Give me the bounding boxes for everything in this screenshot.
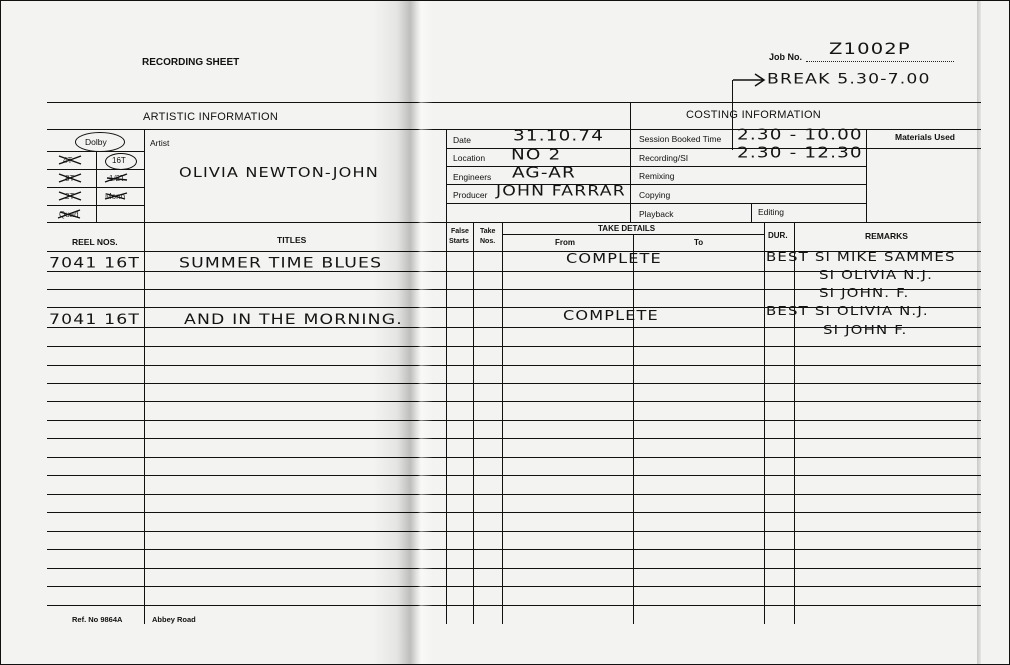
reel-nos-header: REEL NOS.: [72, 237, 118, 247]
row-3-remarks[interactable]: SI JOHN. F.: [819, 286, 909, 300]
row-4-remarks[interactable]: BEST SI OLIVIA N.J.: [766, 304, 929, 318]
column-divider: [144, 222, 145, 624]
playback-label: Playback: [639, 209, 674, 219]
artist-value[interactable]: OLIVIA NEWTON-JOHN: [179, 165, 379, 180]
false-starts-header-1: False: [451, 228, 469, 235]
take-nos-header-2: Nos.: [480, 238, 495, 245]
session-booked-time-value[interactable]: 2.30 - 10.00: [737, 125, 863, 143]
job-no-dotted-line: [806, 61, 954, 62]
recording-sheet: RECORDING SHEET Job No. Z1002P BREAK 5.3…: [0, 0, 1010, 665]
table-row-line: [47, 605, 981, 606]
take-nos-header-1: Take: [480, 228, 495, 235]
row-1-reel[interactable]: 7041 16T: [49, 254, 140, 271]
table-row-line: [47, 568, 981, 569]
table-row-line: [47, 586, 981, 587]
materials-used-label: Materials Used: [895, 132, 955, 142]
dur-header: DUR.: [768, 231, 788, 240]
table-row-line: [47, 475, 981, 476]
date-value[interactable]: 31.10.74: [513, 126, 604, 144]
job-no-value[interactable]: Z1002P: [829, 40, 911, 59]
table-row-line: [47, 494, 981, 495]
table-row-line: [47, 549, 981, 550]
column-divider: [502, 222, 503, 624]
materials-divider: [866, 129, 867, 222]
engineers-value[interactable]: AG-AR: [512, 163, 576, 181]
producer-value[interactable]: JOHN FARRAR: [496, 182, 626, 199]
table-row-line: [47, 512, 981, 513]
form-line: [751, 203, 752, 222]
dolby-option[interactable]: Dolby: [85, 137, 107, 147]
cross-out-icon: [57, 190, 83, 202]
cross-out-icon: [103, 190, 129, 202]
column-divider: [473, 222, 474, 624]
recording-si-value[interactable]: 2.30 - 12.30: [737, 143, 863, 161]
table-row-line: [47, 401, 981, 402]
artist-label: Artist: [150, 138, 169, 148]
row-4-from[interactable]: COMPLETE: [563, 308, 659, 323]
column-divider: [794, 222, 795, 624]
table-row-line: [47, 365, 981, 366]
ref-no: Ref. No 9864A: [72, 615, 122, 624]
table-row-line: [47, 457, 981, 458]
form-line: [446, 166, 866, 167]
sheet-title: RECORDING SHEET: [142, 57, 239, 68]
page-edge: [977, 1, 981, 664]
table-row-line: [47, 420, 981, 421]
cross-out-icon: [57, 154, 83, 166]
location-label: Location: [453, 153, 485, 163]
editing-label: Editing: [758, 207, 784, 217]
arrow-icon: [733, 73, 765, 85]
from-header: From: [555, 238, 575, 247]
studio-name: Abbey Road: [152, 615, 196, 624]
table-row-line: [47, 531, 981, 532]
column-divider: [764, 222, 765, 624]
table-row-line: [47, 346, 981, 347]
cross-out-icon: [103, 172, 129, 184]
job-no-label: Job No.: [769, 52, 802, 62]
costing-section-title: COSTING INFORMATION: [686, 109, 821, 121]
row-4-title[interactable]: AND IN THE MORNING.: [184, 310, 403, 327]
producer-label: Producer: [453, 190, 488, 200]
titles-header: TITLES: [277, 235, 306, 245]
table-row-line: [47, 383, 981, 384]
session-booked-time-label: Session Booked Time: [639, 134, 721, 144]
to-header: To: [694, 238, 703, 247]
track-grid-line: [96, 151, 97, 223]
column-divider: [633, 234, 634, 624]
remarks-header: REMARKS: [865, 231, 908, 241]
false-starts-header-2: Starts: [449, 238, 469, 245]
location-value[interactable]: NO 2: [511, 145, 561, 163]
break-note[interactable]: BREAK 5.30-7.00: [767, 70, 931, 87]
row-1-from[interactable]: COMPLETE: [566, 251, 662, 266]
cross-out-icon: [57, 172, 83, 184]
track-option-16t[interactable]: 16T: [112, 156, 126, 165]
row-4-reel[interactable]: 7041 16T: [49, 310, 140, 327]
take-details-header: TAKE DETAILS: [598, 224, 655, 233]
recording-si-label: Recording/SI: [639, 153, 688, 163]
table-header-top: [47, 222, 981, 223]
table-row-line: [47, 438, 981, 439]
artistic-section-title: ARTISTIC INFORMATION: [143, 111, 278, 123]
row-2-remarks[interactable]: SI OLIVIA N.J.: [819, 268, 933, 282]
engineers-label: Engineers: [453, 172, 491, 182]
copying-label: Copying: [639, 190, 670, 200]
form-line: [630, 203, 866, 204]
row-1-remarks[interactable]: BEST SI MIKE SAMMES: [766, 250, 956, 264]
section-divider: [630, 102, 631, 222]
page-fold-shadow: [373, 1, 433, 664]
cross-out-icon: [56, 208, 82, 220]
remixing-label: Remixing: [639, 171, 674, 181]
row-5-remarks[interactable]: SI JOHN F.: [823, 323, 907, 337]
artistic-box-divider: [144, 129, 145, 223]
date-label: Date: [453, 135, 471, 145]
section-rule: [47, 102, 981, 103]
row-1-title[interactable]: SUMMER TIME BLUES: [179, 254, 382, 271]
